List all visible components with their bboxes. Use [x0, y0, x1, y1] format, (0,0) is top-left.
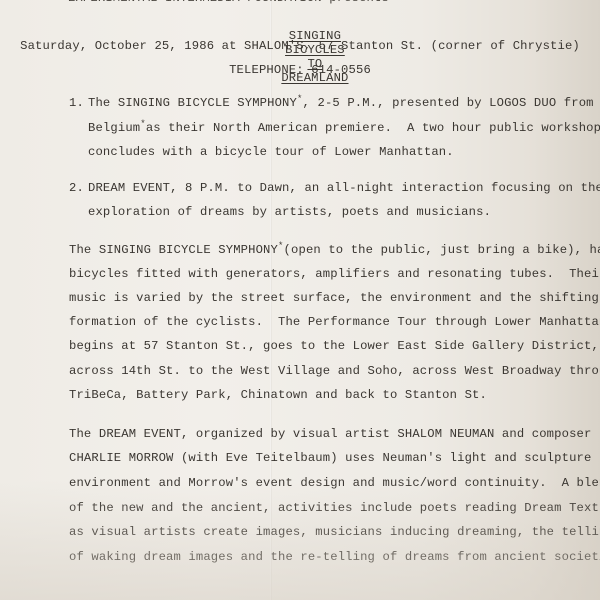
text: The SINGING BICYCLE SYMPHONY — [88, 96, 297, 110]
paragraph-line: music is varied by the street surface, t… — [69, 291, 599, 305]
telephone-line: TELEPHONE: 614-0556 — [0, 63, 600, 77]
paragraph-line: The DREAM EVENT, organized by visual art… — [69, 427, 591, 441]
paragraph-line: CHARLIE MORROW (with Eve Teitelbaum) use… — [69, 451, 591, 465]
event-date-location: Saturday, October 25, 1986 at SHALOM'S, … — [0, 39, 600, 53]
item-line: DREAM EVENT, 8 P.M. to Dawn, an all-nigh… — [88, 181, 600, 195]
text: , 2-5 P.M., presented by LOGOS DUO from — [303, 96, 594, 110]
item-number: 2. — [69, 181, 84, 195]
paragraph-line: as visual artists create images, musicia… — [69, 525, 600, 539]
paragraph-line: begins at 57 Stanton St., goes to the Lo… — [69, 339, 599, 353]
paragraph-line: of waking dream images and the re-tellin… — [69, 550, 600, 564]
item-number: 1. — [69, 96, 84, 110]
paragraph-line: environment and Morrow's event design an… — [69, 476, 600, 490]
paragraph-line: formation of the cyclists. The Performan… — [69, 315, 600, 329]
paragraph-line: TriBeCa, Battery Park, Chinatown and bac… — [69, 388, 487, 402]
organization-header: EXPERIMENTAL INTERMEDIA FOUNDATION prese… — [68, 0, 389, 5]
item-line: exploration of dreams by artists, poets … — [88, 205, 491, 219]
text: Belgium — [88, 121, 140, 135]
text: as their North American premiere. A two … — [146, 121, 600, 135]
page-title: SINGING BICYCLES TO DREAMLAND — [0, 15, 600, 99]
paragraph-line: of the new and the ancient, activities i… — [69, 501, 599, 515]
item-line: The SINGING BICYCLE SYMPHONY*, 2-5 P.M.,… — [88, 96, 594, 110]
paragraph-line: bicycles fitted with generators, amplifi… — [69, 267, 600, 281]
text: The SINGING BICYCLE SYMPHONY — [69, 243, 278, 257]
paper-shadow — [0, 480, 600, 600]
text: (open to the public, just bring a bike),… — [284, 243, 600, 257]
paragraph-line: The SINGING BICYCLE SYMPHONY*(open to th… — [69, 243, 600, 257]
paragraph-line: across 14th St. to the West Village and … — [69, 364, 600, 378]
item-line: concludes with a bicycle tour of Lower M… — [88, 145, 454, 159]
item-line: Belgium*as their North American premiere… — [88, 121, 600, 135]
